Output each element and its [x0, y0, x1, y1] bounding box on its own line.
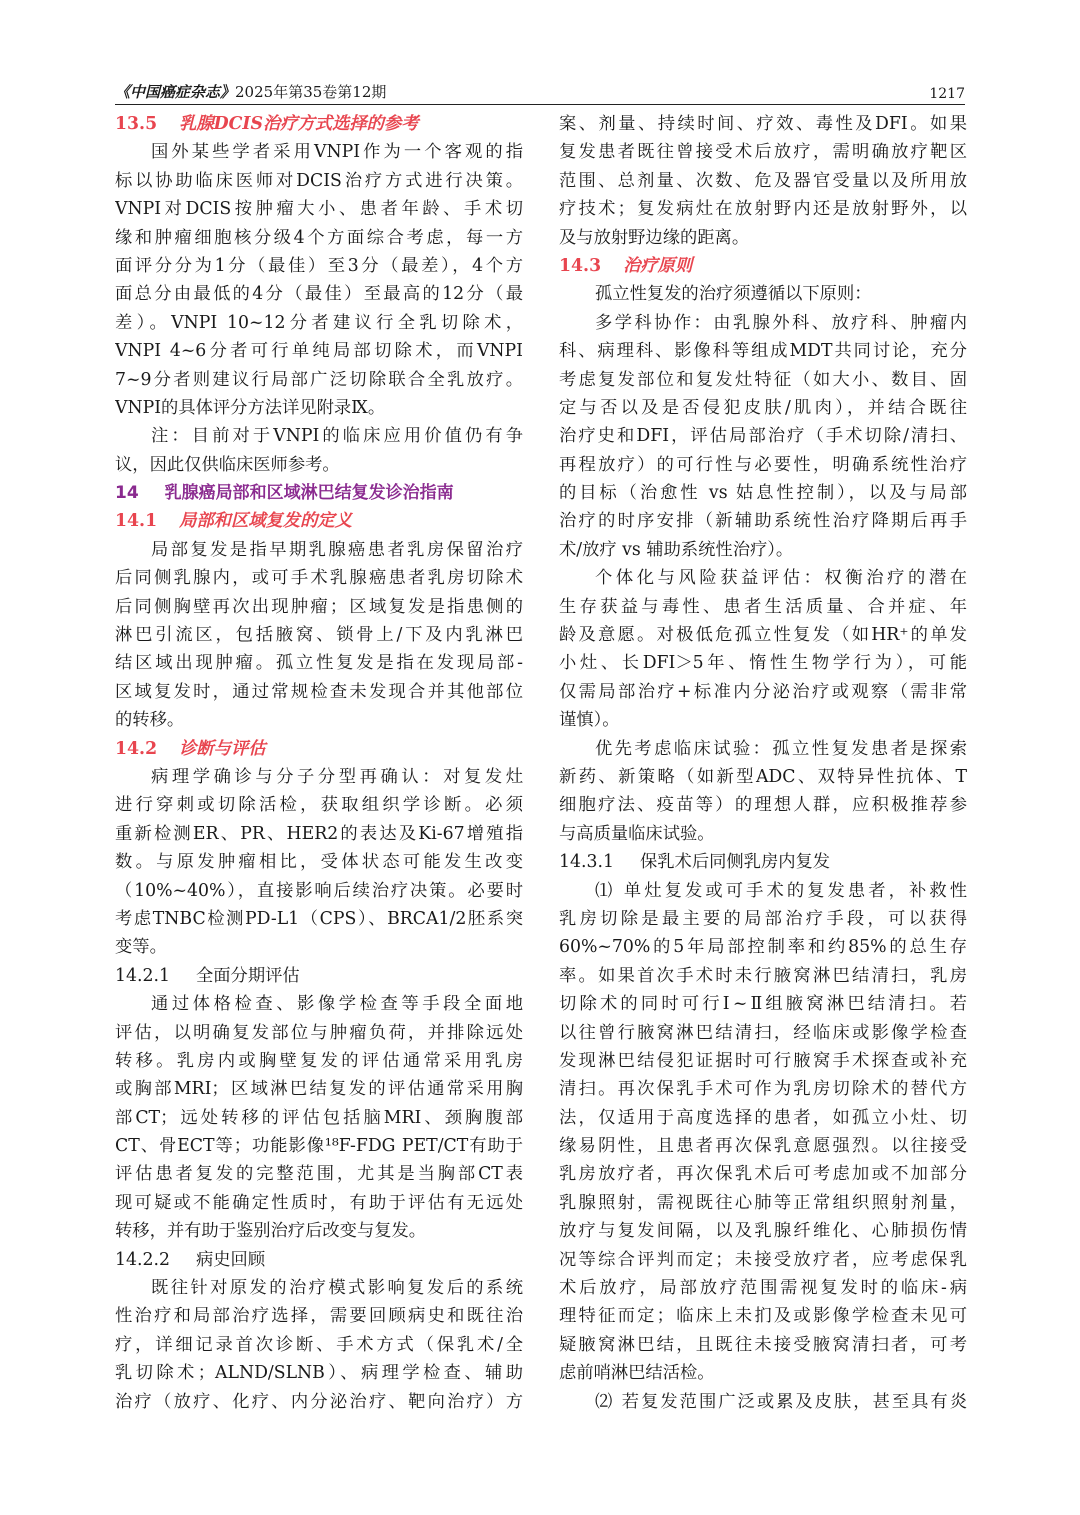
paragraph-principles-intro: 孤立性复发的治疗须遵循以下原则： [559, 280, 967, 308]
subsection-heading-14-2: 14.2诊断与评估 [115, 735, 523, 763]
heading-number: 14.3 [559, 256, 601, 276]
text-line: 评估患者复发的完整范围，尤其是当胸部CT表 [115, 1160, 523, 1188]
heading-number: 14.2.2 [115, 1250, 170, 1270]
text-line: 科、病理科、影像科等组成MDT共同讨论，充分 [559, 337, 967, 365]
text-line: 既往针对原发的治疗模式影响复发后的系统 [115, 1274, 523, 1302]
subsubsection-heading-14-2-2: 14.2.2病史回顾 [115, 1246, 523, 1274]
heading-title: 诊断与评估 [179, 739, 265, 759]
heading-number: 13.5 [115, 114, 157, 134]
text-line: 考虑复发部位和复发灶特征（如大小、数目、固 [559, 366, 967, 394]
text-line: 龄及意愿。对极低危孤立性复发（如HR⁺的单发 [559, 621, 967, 649]
subsection-heading-13-5: 13.5乳腺DCIS治疗方式选择的参考 [115, 110, 523, 138]
text-line: 评估，以明确复发部位与肿瘤负荷，并排除远处 [115, 1019, 523, 1047]
text-line: 治疗（放疗、化疗、内分泌治疗、靶向治疗）方 [115, 1388, 523, 1416]
paragraph-note: 注：目前对于VNPI的临床应用价值仍有争议，因此仅供临床医师参考。 [115, 422, 523, 479]
text-line: CT、骨ECT等；功能影像¹⁸F-FDG PET/CT有助于 [115, 1132, 523, 1160]
text-line: 议，因此仅供临床医师参考。 [115, 451, 523, 479]
text-line: 虑前哨淋巴结活检。 [559, 1359, 967, 1387]
paragraph-extensive-recurrence: ⑵ 若复发范围广泛或累及皮肤，甚至具有炎 [559, 1388, 967, 1416]
text-line: 区域复发时，通过常规检查未发现合并其他部位 [115, 678, 523, 706]
heading-number: 14 [115, 483, 139, 503]
text-line: 疑腋窝淋巴结，且既往未接受腋窝清扫者，可考 [559, 1331, 967, 1359]
text-line: 小灶、长DFI＞5年、惰性生物学行为），可能 [559, 649, 967, 677]
text-line: 变等。 [115, 933, 523, 961]
text-line: 以往曾行腋窝淋巴结清扫，经临床或影像学检查 [559, 1019, 967, 1047]
journal-citation: 《中国癌症杂志》2025年第35卷第12期 [115, 81, 386, 104]
heading-title: 乳腺癌局部和区域淋巴结复发诊治指南 [165, 483, 454, 503]
text-line: 乳房放疗者，再次保乳术后可考虑加或不加部分 [559, 1160, 967, 1188]
text-line: 新药、新策略（如新型ADC、双特异性抗体、T [559, 763, 967, 791]
paragraph-history: 既往针对原发的治疗模式影响复发后的系统性治疗和局部治疗选择，需要回顾病史和既往治… [115, 1274, 523, 1416]
text-line: VNPI的具体评分方法详见附录Ⅸ。 [115, 394, 523, 422]
text-line: 后同侧胸壁再次出现肿瘤；区域复发是指患侧的 [115, 593, 523, 621]
text-line: 的目标（治愈性 vs 姑息性控制），以及与局部 [559, 479, 967, 507]
heading-number: 14.2 [115, 739, 157, 759]
text-line: 细胞疗法、疫苗等）的理想人群，应积极推荐参 [559, 791, 967, 819]
paragraph-vnpi: 国外某些学者采用VNPI作为一个客观的指标以协助临床医师对DCIS治疗方式进行决… [115, 138, 523, 422]
paragraph-staging: 通过体格检查、影像学检查等手段全面地评估，以明确复发部位与肿瘤负荷，并排除远处转… [115, 990, 523, 1246]
journal-issue: 2025年第35卷第12期 [235, 83, 386, 101]
heading-title: 病史回顾 [196, 1250, 265, 1270]
text-line: 率。如果首次手术时未行腋窝淋巴结清扫，乳房 [559, 962, 967, 990]
text-line: 孤立性复发的治疗须遵循以下原则： [559, 280, 967, 308]
subsubsection-heading-14-2-1: 14.2.1全面分期评估 [115, 962, 523, 990]
text-line: 或胸部MRI；区域淋巴结复发的评估通常采用胸 [115, 1075, 523, 1103]
text-line: 清扫。再次保乳手术可作为乳房切除术的替代方 [559, 1075, 967, 1103]
section-heading-14: 14乳腺癌局部和区域淋巴结复发诊治指南 [115, 479, 523, 507]
text-line: 优先考虑临床试验：孤立性复发患者是探索 [559, 735, 967, 763]
text-line: 转移，并有助于鉴别治疗后改变与复发。 [115, 1217, 523, 1245]
text-line: 差）。VNPI 10~12分者建议行全乳切除术， [115, 309, 523, 337]
text-line: 个体化与风险获益评估：权衡治疗的潜在 [559, 564, 967, 592]
heading-number: 14.2.1 [115, 966, 170, 986]
text-line: 国外某些学者采用VNPI作为一个客观的指 [115, 138, 523, 166]
text-line: 乳腺照射，需视既往心肺等正常组织照射剂量， [559, 1189, 967, 1217]
right-column: 案、剂量、持续时间、疗效、毒性及DFI。如果复发患者既往曾接受术后放疗，需明确放… [559, 110, 967, 1416]
text-line: 术/放疗 vs 辅助系统性治疗）。 [559, 536, 967, 564]
text-line: 后同侧乳腺内，或可手术乳腺癌患者乳房切除术 [115, 564, 523, 592]
text-line: 治疗的时序安排（新辅助系统性治疗降期后再手 [559, 507, 967, 535]
text-line: 淋巴引流区，包括腋窝、锁骨上/下及内乳淋巴 [115, 621, 523, 649]
text-line: 再程放疗）的可行性与必要性，明确系统性治疗 [559, 451, 967, 479]
heading-title: 保乳术后同侧乳房内复发 [640, 852, 830, 872]
subsection-heading-14-3: 14.3治疗原则 [559, 252, 967, 280]
text-line: 切除术的同时可行Ⅰ~Ⅱ组腋窝淋巴结清扫。若 [559, 990, 967, 1018]
paragraph-risk-benefit: 个体化与风险获益评估：权衡治疗的潜在生存获益与毒性、患者生活质量、合并症、年龄及… [559, 564, 967, 734]
text-line: ⑴ 单灶复发或可手术的复发患者，补救性 [559, 877, 967, 905]
text-line: 考虑TNBC检测PD-L1（CPS）、BRCA1/2胚系突 [115, 905, 523, 933]
text-line: 况等综合评判而定；未接受放疗者，应考虑保乳 [559, 1246, 967, 1274]
page-header: 《中国癌症杂志》2025年第35卷第12期 1217 [115, 82, 965, 105]
text-line: 缘易阴性，且患者再次保乳意愿强烈。以往接受 [559, 1132, 967, 1160]
text-line: 乳房切除是最主要的局部治疗手段，可以获得 [559, 905, 967, 933]
text-line: 定与否以及是否侵犯皮肤/肌肉），并结合既往 [559, 394, 967, 422]
text-line: 术后放疗，局部放疗范围需视复发时的临床-病 [559, 1274, 967, 1302]
page-number: 1217 [929, 86, 965, 104]
subsubsection-heading-14-3-1: 14.3.1保乳术后同侧乳房内复发 [559, 848, 967, 876]
text-line: 面评分分为1分（最佳）至3分（最差），4个方 [115, 252, 523, 280]
text-line: 结区域出现肿瘤。孤立性复发是指在发现局部- [115, 649, 523, 677]
paragraph-history-continued: 案、剂量、持续时间、疗效、毒性及DFI。如果复发患者既往曾接受术后放疗，需明确放… [559, 110, 967, 252]
text-line: 案、剂量、持续时间、疗效、毒性及DFI。如果 [559, 110, 967, 138]
text-line: （10%~40%），直接影响后续治疗决策。必要时 [115, 877, 523, 905]
text-line: 生存获益与毒性、患者生活质量、合并症、年 [559, 593, 967, 621]
text-line: 疗，详细记录首次诊断、手术方式（保乳术/全 [115, 1331, 523, 1359]
text-line: 乳切除术；ALND/SLNB）、病理学检查、辅助 [115, 1359, 523, 1387]
text-line: 与高质量临床试验。 [559, 820, 967, 848]
text-line: 仅需局部治疗+标准内分泌治疗或观察（需非常 [559, 678, 967, 706]
text-line: ⑵ 若复发范围广泛或累及皮肤，甚至具有炎 [559, 1388, 967, 1416]
text-line: VNPI对DCIS按肿瘤大小、患者年龄、手术切 [115, 195, 523, 223]
paragraph-clinical-trials: 优先考虑临床试验：孤立性复发患者是探索新药、新策略（如新型ADC、双特异性抗体、… [559, 735, 967, 849]
text-line: 部CT；远处转移的评估包括脑MRI、颈胸腹部 [115, 1104, 523, 1132]
text-line: VNPI 4~6分者可行单纯局部切除术，而VNPI [115, 337, 523, 365]
text-line: 放疗与复发间隔，以及乳腺纤维化、心肺损伤情 [559, 1217, 967, 1245]
text-line: 治疗史和DFI，评估局部治疗（手术切除/清扫、 [559, 422, 967, 450]
text-line: 理特征而定；临床上未扪及或影像学检查未见可 [559, 1302, 967, 1330]
heading-title: 全面分期评估 [196, 966, 300, 986]
text-line: 数。与原发肿瘤相比，受体状态可能发生改变 [115, 848, 523, 876]
text-line: 局部复发是指早期乳腺癌患者乳房保留治疗 [115, 536, 523, 564]
text-line: 面总分由最低的4分（最佳）至最高的12分（最 [115, 280, 523, 308]
text-line: 法，仅适用于高度选择的患者，如孤立小灶、切 [559, 1104, 967, 1132]
text-line: 现可疑或不能确定性质时，有助于评估有无远处 [115, 1189, 523, 1217]
text-line: 缘和肿瘤细胞核分级4个方面综合考虑，每一方 [115, 224, 523, 252]
heading-title: 乳腺DCIS治疗方式选择的参考 [179, 114, 418, 134]
text-line: 标以协助临床医师对DCIS治疗方式进行决策。 [115, 167, 523, 195]
text-line: 多学科协作：由乳腺外科、放疗科、肿瘤内 [559, 309, 967, 337]
text-line: 谨慎）。 [559, 706, 967, 734]
paragraph-pathology: 病理学确诊与分子分型再确认：对复发灶进行穿刺或切除活检，获取组织学诊断。必须重新… [115, 763, 523, 962]
paragraph-mdt: 多学科协作：由乳腺外科、放疗科、肿瘤内科、病理科、影像科等组成MDT共同讨论，充… [559, 309, 967, 565]
heading-number: 14.1 [115, 511, 157, 531]
text-line: 进行穿刺或切除活检，获取组织学诊断。必须 [115, 791, 523, 819]
subsection-heading-14-1: 14.1局部和区域复发的定义 [115, 507, 523, 535]
text-line: 发现淋巴结侵犯证据时可行腋窝手术探查或补充 [559, 1047, 967, 1075]
left-column: 13.5乳腺DCIS治疗方式选择的参考 国外某些学者采用VNPI作为一个客观的指… [115, 110, 523, 1416]
heading-title: 治疗原则 [623, 256, 692, 276]
text-line: 病理学确诊与分子分型再确认：对复发灶 [115, 763, 523, 791]
paragraph-salvage-mastectomy: ⑴ 单灶复发或可手术的复发患者，补救性乳房切除是最主要的局部治疗手段，可以获得6… [559, 877, 967, 1388]
text-line: 转移。乳房内或胸壁复发的评估通常采用乳房 [115, 1047, 523, 1075]
text-line: 注：目前对于VNPI的临床应用价值仍有争 [115, 422, 523, 450]
text-line: 7~9分者则建议行局部广泛切除联合全乳放疗。 [115, 366, 523, 394]
text-line: 复发患者既往曾接受术后放疗，需明确放疗靶区 [559, 138, 967, 166]
heading-number: 14.3.1 [559, 852, 614, 872]
journal-name: 《中国癌症杂志》 [115, 83, 235, 101]
text-line: 疗技术；复发病灶在放射野内还是放射野外，以 [559, 195, 967, 223]
text-line: 通过体格检查、影像学检查等手段全面地 [115, 990, 523, 1018]
text-line: 60%~70%的5年局部控制率和约85%的总生存 [559, 933, 967, 961]
heading-title: 局部和区域复发的定义 [179, 511, 352, 531]
text-line: 性治疗和局部治疗选择，需要回顾病史和既往治 [115, 1302, 523, 1330]
paragraph-recurrence-definition: 局部复发是指早期乳腺癌患者乳房保留治疗后同侧乳腺内，或可手术乳腺癌患者乳房切除术… [115, 536, 523, 735]
text-line: 范围、总剂量、次数、危及器官受量以及所用放 [559, 167, 967, 195]
text-line: 重新检测ER、PR、HER2的表达及Ki-67增殖指 [115, 820, 523, 848]
text-line: 的转移。 [115, 706, 523, 734]
text-line: 及与放射野边缘的距离。 [559, 224, 967, 252]
